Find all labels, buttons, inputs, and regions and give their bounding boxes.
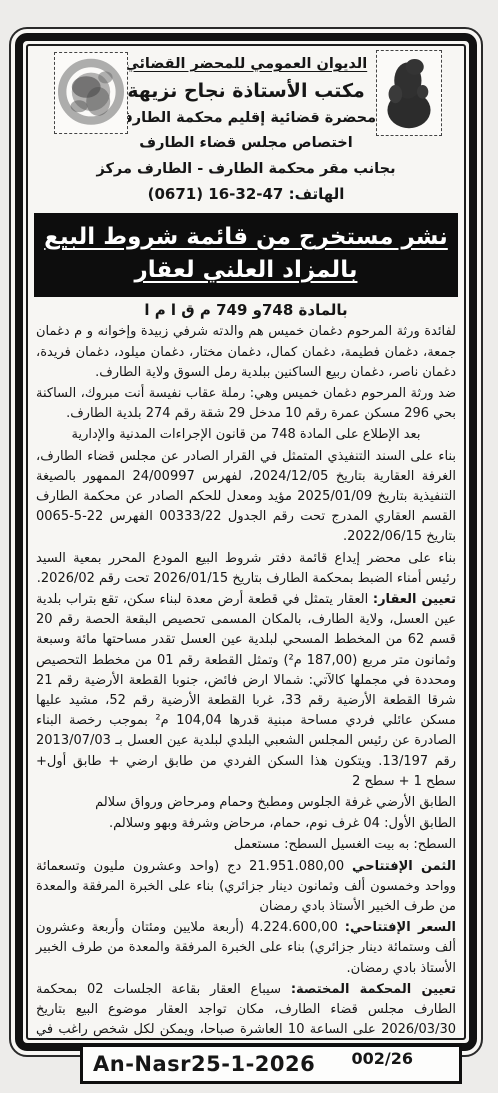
paragraph-ground-floor: الطابق الأرضي غرفة الجلوس ومطبخ وحمام وم… bbox=[36, 793, 456, 813]
official-stamp-left bbox=[54, 52, 128, 134]
article-reference: بالمادة 748و 749 م ق ا م ا bbox=[36, 301, 456, 319]
paragraph-executive-title: بناء على السند التنفيذي المتمثل في القرا… bbox=[36, 447, 456, 548]
phone-number: الهاتف: 47-32-16 (0671) bbox=[36, 182, 456, 208]
paragraph-beneficiaries: لفائدة ورثة المرحوم دغمان خميس هم والدته… bbox=[36, 322, 456, 383]
notice-frame: الديوان العمومي للمحضر القضائي مكتب الأس… bbox=[9, 27, 483, 1057]
paragraph-property-designation: تعيين العقار: العقار يتمثل في قطعة أرض م… bbox=[36, 590, 456, 792]
journal-name: An-Nasr bbox=[93, 1052, 191, 1076]
notice-content: الديوان العمومي للمحضر القضائي مكتب الأس… bbox=[26, 44, 466, 1040]
paragraph-first-floor: الطابق الأول: 04 غرف نوم، حمام، مرحاض وش… bbox=[36, 814, 456, 834]
paragraph-deposit-record: بناء على محضر إيداع قائمة دفتر شروط البي… bbox=[36, 549, 456, 589]
notice-frame-thick-border: الديوان العمومي للمحضر القضائي مكتب الأس… bbox=[15, 33, 477, 1051]
title-line-2: بالمزاد العلني لعقار bbox=[38, 254, 454, 287]
paragraph-competent-court: تعيين المحكمة المختصة: سيباع العقار بقاع… bbox=[36, 980, 456, 1040]
official-stamp-right bbox=[376, 50, 442, 136]
notice-header: الديوان العمومي للمحضر القضائي مكتب الأس… bbox=[36, 50, 456, 208]
paragraph-article-748: بعد الإطلاع على المادة 748 من قانون الإج… bbox=[36, 425, 456, 445]
title-banner: نشر مستخرج من قائمة شروط البيع بالمزاد ا… bbox=[34, 213, 458, 298]
paragraph-opening-price: الثمن الإفتتاحي 21.951.080,00 دج (واحد و… bbox=[36, 857, 456, 918]
paragraph-defendant: ضد ورثة المرحوم دغمان خميس وهي: رملة عقا… bbox=[36, 384, 456, 424]
publication-date: 25-1-2026 bbox=[191, 1052, 315, 1076]
paragraph-opening-bid: السعر الإفتتاحي: 4.224.600,00 (أربعة ملا… bbox=[36, 918, 456, 979]
round-ink-stamp-icon bbox=[55, 53, 127, 133]
notice-body: لفائدة ورثة المرحوم دغمان خميس هم والدته… bbox=[36, 322, 456, 1040]
address: بجانب مقر محكمة الطارف - الطارف مركز bbox=[36, 157, 456, 182]
paragraph-roof: السطح: به بيت الغسيل السطح: مستعمل bbox=[36, 835, 456, 855]
dark-ink-stamp-icon bbox=[377, 51, 441, 135]
title-line-1: نشر مستخرج من قائمة شروط البيع bbox=[38, 221, 454, 254]
journal-footer-plate: An-Nasr 25-1-2026 002/26 bbox=[80, 1044, 462, 1084]
notice-reference-number: 002/26 bbox=[351, 1047, 413, 1068]
